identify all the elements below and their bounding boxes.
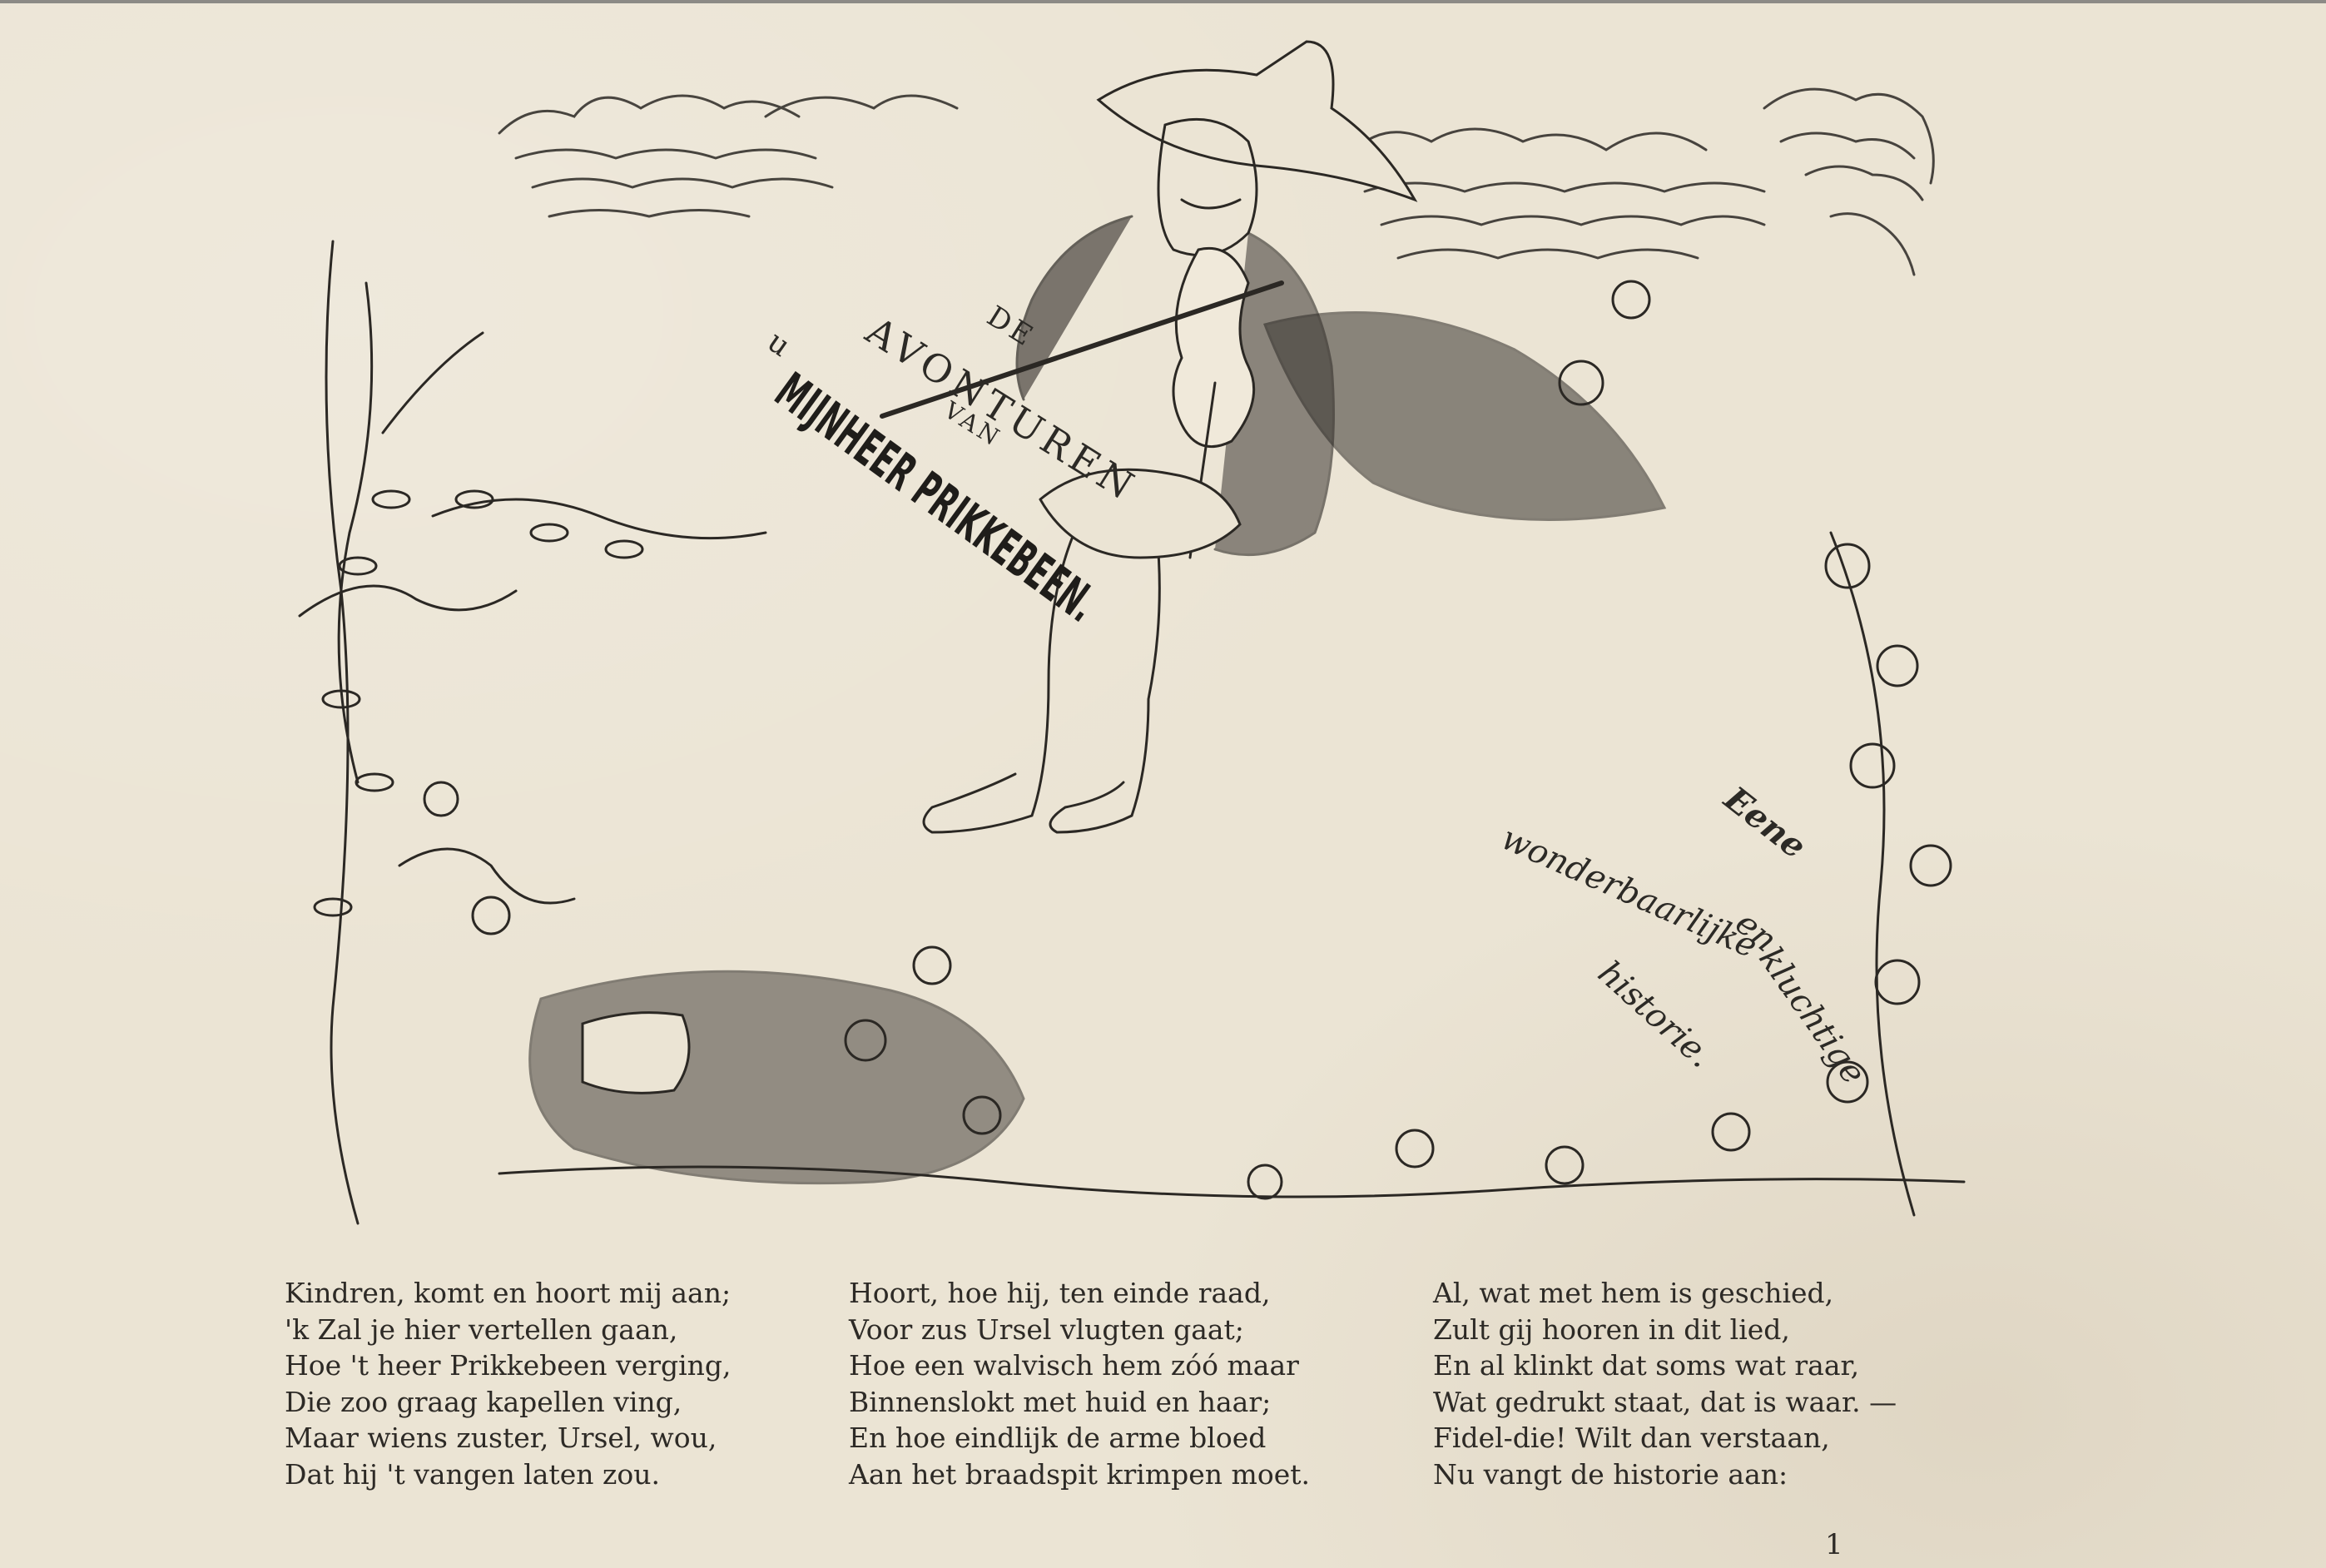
- verse-line: Al, wat met hem is geschied,: [1433, 1275, 1897, 1312]
- page-number: 1: [1825, 1528, 1843, 1561]
- engraving-illustration: DE AVONTUREN VAN u MIJNHEER PRIKKEBEEN. …: [266, 33, 2006, 1265]
- verse-line: En al klinkt dat soms wat raar,: [1433, 1347, 1897, 1384]
- flowers-right: [1560, 281, 1951, 1215]
- verse-line: Dat hij 't vangen laten zou.: [285, 1456, 732, 1493]
- verse-column-1: Kindren, komt en hoort mij aan; 'k Zal j…: [285, 1275, 732, 1492]
- fiddler-engraving: [266, 33, 2006, 1265]
- page-top-edge: [0, 0, 2326, 3]
- verse-line: Hoe 't heer Prikkebeen verging,: [285, 1347, 732, 1384]
- verse-line: 'k Zal je hier vertellen gaan,: [285, 1312, 732, 1348]
- verse-line: Kindren, komt en hoort mij aan;: [285, 1275, 732, 1312]
- verse-column-2: Hoort, hoe hij, ten einde raad, Voor zus…: [849, 1275, 1310, 1492]
- verse-column-3: Al, wat met hem is geschied, Zult gij ho…: [1433, 1275, 1897, 1492]
- overturned-basket: [530, 971, 1024, 1183]
- verse-line: Fidel-die! Wilt dan verstaan,: [1433, 1420, 1897, 1456]
- verse-line: Nu vangt de historie aan:: [1433, 1456, 1897, 1493]
- verse-line: Binnenslokt met huid en haar;: [849, 1384, 1310, 1421]
- verse-line: Aan het braadspit krimpen moet.: [849, 1456, 1310, 1493]
- verse-line: Voor zus Ursel vlugten gaat;: [849, 1312, 1310, 1348]
- verse-line: Die zoo graag kapellen ving,: [285, 1384, 732, 1421]
- verse-line: En hoe eindlijk de arme bloed: [849, 1420, 1310, 1456]
- verse-line: Wat gedrukt staat, dat is waar. —: [1433, 1384, 1897, 1421]
- verse-line: Zult gij hooren in dit lied,: [1433, 1312, 1897, 1348]
- verse-line: Hoe een walvisch hem zóó maar: [849, 1347, 1310, 1384]
- verse-line: Hoort, hoe hij, ten einde raad,: [849, 1275, 1310, 1312]
- book-page: DE AVONTUREN VAN u MIJNHEER PRIKKEBEEN. …: [0, 0, 2326, 1568]
- verse-line: Maar wiens zuster, Ursel, wou,: [285, 1420, 732, 1456]
